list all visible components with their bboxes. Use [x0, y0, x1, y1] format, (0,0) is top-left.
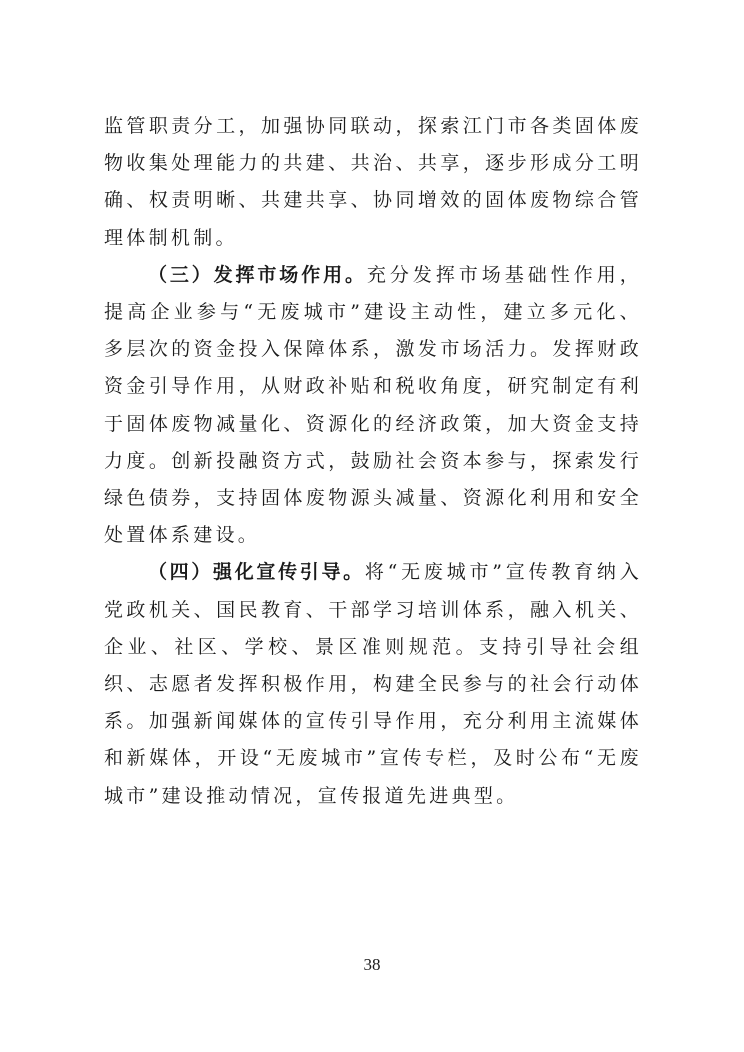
section-heading: （三）发挥市场作用。	[148, 264, 367, 286]
page-number: 38	[0, 955, 744, 975]
paragraph-continuation: 监管职责分工，加强协同联动，探索江门市各类固体废物收集处理能力的共建、共治、共享…	[104, 108, 642, 257]
paragraph-body: 充分发挥市场基础性作用，提高企业参与“无废城市”建设主动性，建立多元化、多层次的…	[104, 264, 642, 546]
paragraph-publicity: （四）强化宣传引导。将“无废城市”宣传教育纳入党政机关、国民教育、干部学习培训体…	[104, 554, 642, 814]
paragraph-market-role: （三）发挥市场作用。充分发挥市场基础性作用，提高企业参与“无废城市”建设主动性，…	[104, 257, 642, 555]
section-heading: （四）强化宣传引导。	[148, 561, 365, 583]
document-page: 监管职责分工，加强协同联动，探索江门市各类固体废物收集处理能力的共建、共治、共享…	[104, 108, 642, 815]
paragraph-body: 监管职责分工，加强协同联动，探索江门市各类固体废物收集处理能力的共建、共治、共享…	[104, 115, 642, 249]
paragraph-body: 将“无废城市”宣传教育纳入党政机关、国民教育、干部学习培训体系，融入机关、企业、…	[104, 561, 642, 806]
